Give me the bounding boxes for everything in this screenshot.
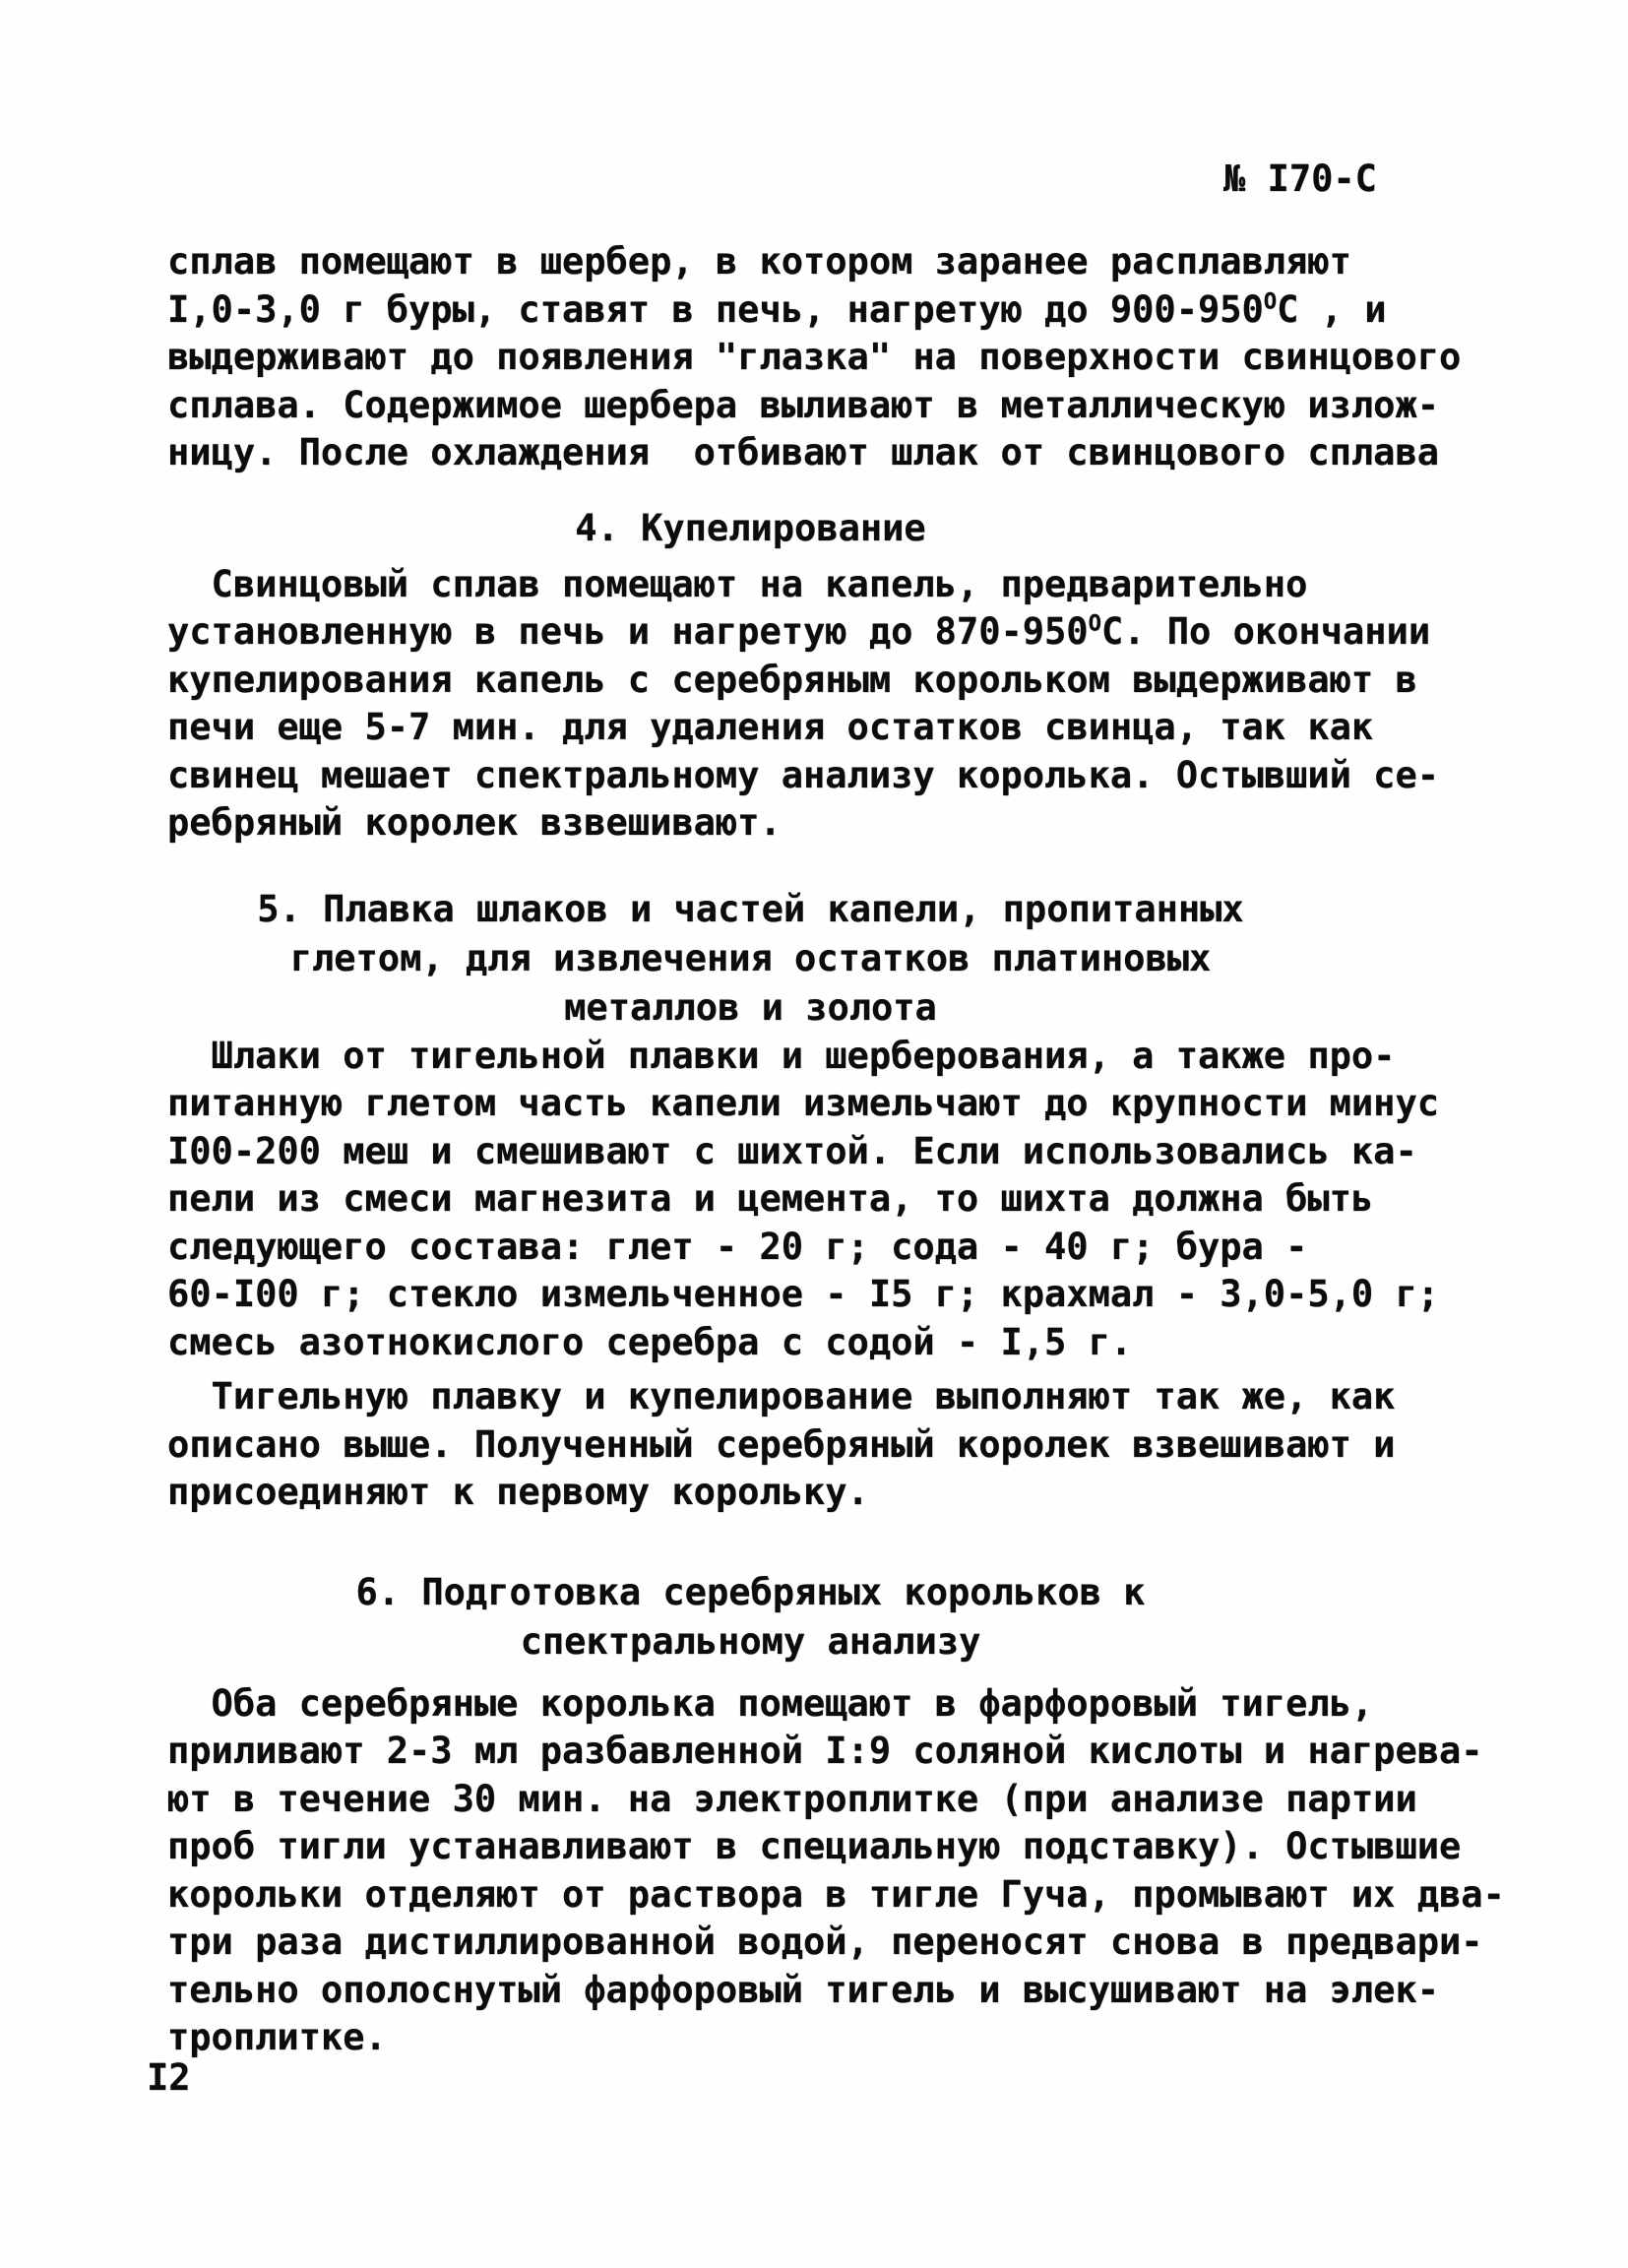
paragraph-slag-smelting: Шлаки от тигельной плавки и шерберования… [167,1033,1608,1367]
text-line: пели из смеси магнезита и цемента, то ши… [167,1175,1608,1224]
text-line: I,0-3,0 г буры, ставят в печь, нагретую … [167,286,1608,335]
superscript-degree: О [1089,611,1101,637]
text-line: описано выше. Полученный серебряный коро… [167,1421,1608,1470]
text-line: Шлаки от тигельной плавки и шерберования… [167,1033,1608,1081]
text-line: проб тигли устанавливают в специальную п… [167,1823,1608,1871]
text-line: установленную в печь и нагретую до 870-9… [167,608,1608,657]
text-line: Оба серебряные королька помещают в фарфо… [167,1680,1608,1729]
text-line: смесь азотнокислого серебра с содой - I,… [167,1319,1608,1367]
paragraph-crucible-repeat: Тигельную плавку и купелирование выполня… [167,1373,1608,1517]
text-line: 60-I00 г; стекло измельченное - I5 г; кр… [167,1271,1608,1319]
text-line: питанную глетом часть капели измельчают … [167,1080,1608,1128]
paragraph-cupellation: Свинцовый сплав помещают на капель, пред… [167,561,1608,848]
superscript-degree: О [1264,288,1277,314]
document-number: № I70-С [1223,157,1377,201]
text-line: купелирования капель с серебряным король… [167,657,1608,705]
document-page: № I70-С сплав помещают в шербер, в котор… [0,0,1628,2268]
text-line: ребряный королек взвешивают. [167,799,1608,848]
text-line: ют в течение 30 мин. на электроплитке (п… [167,1776,1608,1824]
section-heading-cupellation: 4. Купелирование [167,504,1334,553]
text-line: корольки отделяют от раствора в тигле Гу… [167,1871,1608,1920]
section-heading-slag-smelting: 5. Плавка шлаков и частей капели, пропит… [167,885,1334,1033]
text-line: I00-200 меш и смешивают с шихтой. Если и… [167,1128,1608,1176]
text-line: троплитке. [167,2014,1608,2062]
paragraph-bead-preparation: Оба серебряные королька помещают в фарфо… [167,1680,1608,2062]
text-line: 5. Плавка шлаков и частей капели, пропит… [167,885,1334,934]
text-line: 4. Купелирование [167,504,1334,553]
text-line: три раза дистиллированной водой, перенос… [167,1919,1608,1967]
text-line: Тигельную плавку и купелирование выполня… [167,1373,1608,1421]
text-line: приливают 2-3 мл разбавленной I:9 соляно… [167,1728,1608,1776]
text-line: Свинцовый сплав помещают на капель, пред… [167,561,1608,609]
text-line: тельно ополоснутый фарфоровый тигель и в… [167,1967,1608,2015]
text-line: выдерживают до появления "глазка" на пов… [167,334,1608,382]
text-line: печи еще 5-7 мин. для удаления остатков … [167,704,1608,752]
text-line: глетом, для извлечения остатков платинов… [167,934,1334,983]
text-line: спектральному анализу [167,1617,1334,1667]
document-body: сплав помещают в шербер, в котором заран… [0,0,1628,2062]
text-line: следующего состава: глет - 20 г; сода - … [167,1224,1608,1272]
text-line: сплава. Содержимое шербера выливают в ме… [167,382,1608,430]
page-number: I2 [147,2056,191,2100]
text-line: свинец мешает спектральному анализу коро… [167,752,1608,800]
text-line: ницу. После охлаждения отбивают шлак от … [167,429,1608,477]
text-line: сплав помещают в шербер, в котором заран… [167,238,1608,286]
section-heading-bead-preparation: 6. Подготовка серебряных корольков кспек… [167,1568,1334,1667]
text-line: присоединяют к первому корольку. [167,1469,1608,1517]
text-line: металлов и золота [167,983,1334,1033]
paragraph-continuation: сплав помещают в шербер, в котором заран… [167,238,1608,477]
text-line: 6. Подготовка серебряных корольков к [167,1568,1334,1617]
